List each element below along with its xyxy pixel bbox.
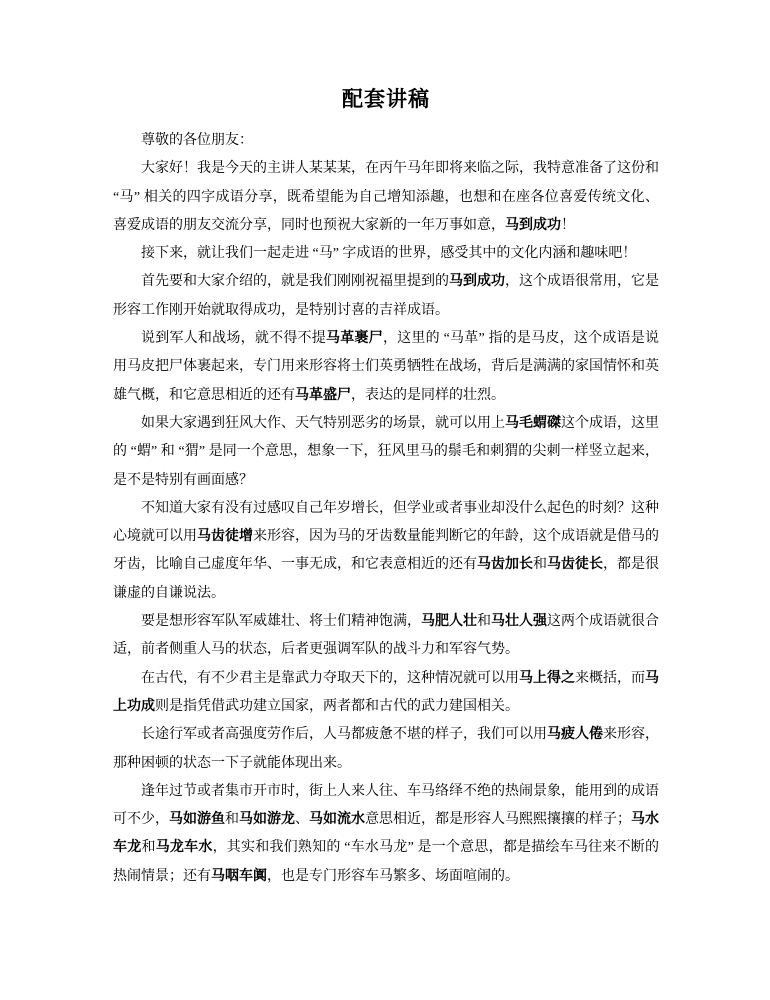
idiom-bold-text: 马如游鱼 <box>169 812 225 827</box>
body-text: 尊敬的各位朋友： <box>141 133 253 148</box>
body-text: 、 <box>295 812 309 827</box>
body-text: ！ <box>561 218 575 233</box>
paragraph: 不知道大家有没有过感叹自己年岁增长，但学业或者事业却没什么起色的时刻？这种心境就… <box>113 495 659 608</box>
body-text: 大家好！我是今天的主讲人某某某，在丙午马年即将来临之际，我特意准备了这份和 “马… <box>113 161 659 233</box>
body-text: 和 <box>141 840 155 855</box>
body-text: 接下来，就让我们一起走进 “马” 字成语的世界，感受其中的文化内涵和趣味吧！ <box>141 246 636 261</box>
paragraph: 如果大家遇到狂风大作、天气特别恶劣的场景，就可以用上马毛蝟磔这个成语，这里的 “… <box>113 410 659 495</box>
idiom-bold-text: 马齿徒增 <box>197 529 253 544</box>
paragraph: 在古代，有不少君主是靠武力夺取天下的，这种情况就可以用马上得之来概括，而马上功成… <box>113 665 659 722</box>
paragraph-container: 尊敬的各位朋友：大家好！我是今天的主讲人某某某，在丙午马年即将来临之际，我特意准… <box>113 127 659 891</box>
idiom-bold-text: 马肥人壮 <box>421 614 477 629</box>
paragraph: 尊敬的各位朋友： <box>113 127 659 155</box>
document-title: 配套讲稿 <box>113 84 659 114</box>
body-text: 意思相近，都是形容人马熙熙攘攘的样子； <box>365 812 631 827</box>
idiom-bold-text: 马齿徒长 <box>547 557 603 572</box>
body-text: 在古代，有不少君主是靠武力夺取天下的，这种情况就可以用 <box>141 671 519 686</box>
document-page: 配套讲稿 尊敬的各位朋友：大家好！我是今天的主讲人某某某，在丙午马年即将来临之际… <box>0 0 770 1000</box>
body-text: 说到军人和战场，就不得不提 <box>141 331 326 346</box>
document-text-area: 配套讲稿 尊敬的各位朋友：大家好！我是今天的主讲人某某某，在丙午马年即将来临之际… <box>113 84 659 891</box>
idiom-bold-text: 马毛蝟磔 <box>505 416 561 431</box>
body-text: 则是指凭借武功建立国家，两者都和古代的武力建国相关。 <box>155 699 519 714</box>
paragraph: 接下来，就让我们一起走进 “马” 字成语的世界，感受其中的文化内涵和趣味吧！ <box>113 240 659 268</box>
idiom-bold-text: 马如流水 <box>309 812 365 827</box>
idiom-bold-text: 马咽车阗 <box>211 869 267 884</box>
body-text: 长途行军或者高强度劳作后，人马都疲惫不堪的样子，我们可以用 <box>141 727 547 742</box>
body-text: 和 <box>533 557 547 572</box>
body-text: 首先要和大家介绍的，就是我们刚刚祝福里提到的 <box>141 274 449 289</box>
idiom-bold-text: 马龙车水 <box>156 840 213 855</box>
idiom-bold-text: 马上得之 <box>519 671 575 686</box>
idiom-bold-text: 马如游龙 <box>239 812 295 827</box>
body-text: ，也是专门形容车马繁多、场面喧闹的。 <box>267 869 519 884</box>
idiom-bold-text: 马革盛尸 <box>295 388 351 403</box>
idiom-bold-text: 马壮人强 <box>491 614 547 629</box>
idiom-bold-text: 马到成功 <box>449 274 505 289</box>
body-text: 如果大家遇到狂风大作、天气特别恶劣的场景，就可以用上 <box>141 416 505 431</box>
body-text: 来概括，而 <box>575 671 645 686</box>
idiom-bold-text: 马疲人倦 <box>547 727 603 742</box>
idiom-bold-text: 马齿加长 <box>477 557 533 572</box>
paragraph: 要是想形容军队军威雄壮、将士们精神饱满，马肥人壮和马壮人强这两个成语就很合适，前… <box>113 608 659 665</box>
body-text: 和 <box>225 812 239 827</box>
body-text: 要是想形容军队军威雄壮、将士们精神饱满， <box>141 614 421 629</box>
body-text: 和 <box>477 614 491 629</box>
idiom-bold-text: 马革裹尸 <box>326 331 383 346</box>
idiom-bold-text: 马到成功 <box>505 218 561 233</box>
paragraph: 长途行军或者高强度劳作后，人马都疲惫不堪的样子，我们可以用马疲人倦来形容，那种困… <box>113 721 659 778</box>
body-text: ，表达的是同样的壮烈。 <box>351 388 505 403</box>
paragraph: 说到军人和战场，就不得不提马革裹尸，这里的 “马革” 指的是马皮，这个成语是说用… <box>113 325 659 410</box>
paragraph: 逢年过节或者集市开市时，街上人来人往、车马络绎不绝的热闹景象，能用到的成语可不少… <box>113 778 659 891</box>
paragraph: 首先要和大家介绍的，就是我们刚刚祝福里提到的马到成功，这个成语很常用，它是形容工… <box>113 268 659 325</box>
paragraph: 大家好！我是今天的主讲人某某某，在丙午马年即将来临之际，我特意准备了这份和 “马… <box>113 155 659 240</box>
